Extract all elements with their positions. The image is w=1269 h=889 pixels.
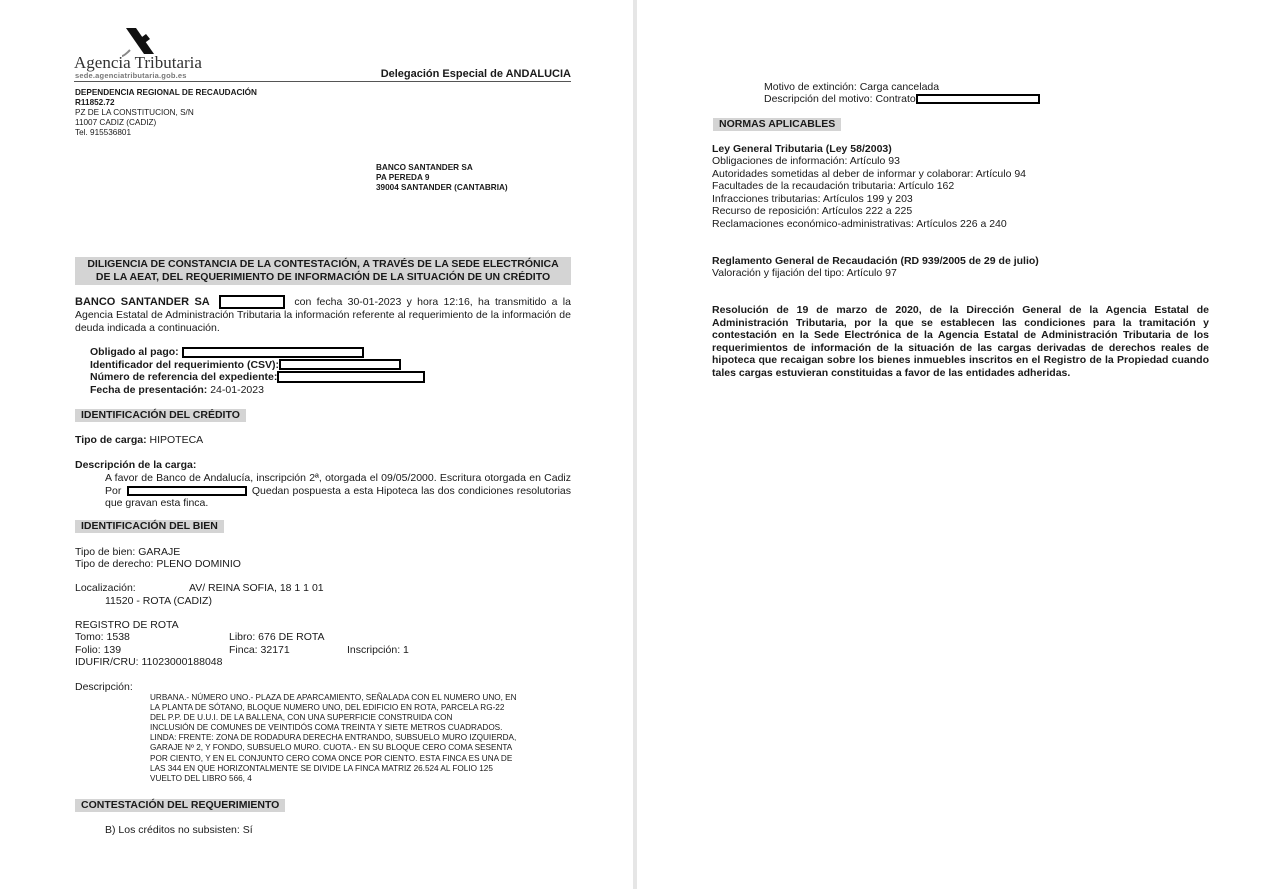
tipo-carga: Tipo de carga: HIPOTECA [75,434,203,447]
recipient-street: PA PEREDA 9 [376,173,508,183]
redacted-box [182,347,364,358]
tipo-bien: Tipo de bien: GARAJE [75,546,180,559]
descripcion-line: GARAJE Nº 2, Y FONDO, SUBSUELO MURO. CUO… [150,743,560,753]
lgt-item: Autoridades sometidas al deber de inform… [712,168,1026,181]
tipo-derecho: Tipo de derecho: PLENO DOMINIO [75,558,241,571]
tipo-carga-value: HIPOTECA [150,434,204,446]
lgt-title: Ley General Tributaria (Ley 58/2003) [712,143,892,156]
section-bien-heading: IDENTIFICACIÓN DEL BIEN [75,520,224,533]
lgt-item: Obligaciones de información: Artículo 93 [712,155,1026,168]
motivo-extincion: Motivo de extinción: Carga cancelada [764,81,939,94]
descripcion-bien-text: URBANA.- NÚMERO UNO.- PLAZA DE APARCAMIE… [150,693,560,784]
descripcion-carga-label: Descripción de la carga: [75,459,196,472]
header-divider [74,81,571,82]
tomo: Tomo: 1538 [75,631,130,644]
title-line-1: DILIGENCIA DE CONSTANCIA DE LA CONTESTAC… [75,258,571,271]
localizacion-label: Localización: [75,582,136,595]
tipo-carga-label: Tipo de carga: [75,434,147,446]
redacted-box [916,94,1040,104]
recipient-city: 39004 SANTANDER (CANTABRIA) [376,183,508,193]
descripcion-line: LA PLANTA DE SÓTANO, BLOQUE NUMERO UNO, … [150,703,560,713]
lgt-list: Obligaciones de información: Artículo 93… [712,155,1026,230]
descripcion-line: DEL P.P. DE U.U.I. DE LA BALLENA, CON UN… [150,713,560,723]
descripcion-motivo: Descripción del motivo: Contrato [764,93,1040,106]
descripcion-motivo-label: Descripción del motivo: Contrato [764,93,916,105]
descripcion-line: URBANA.- NÚMERO UNO.- PLAZA DE APARCAMIE… [150,693,560,703]
section-contestacion-heading: CONTESTACIÓN DEL REQUERIMIENTO [75,799,285,812]
finca: Finca: 32171 [229,644,290,657]
agencia-tributaria-logo: Agencia Tributaria sede.agenciatributari… [74,28,214,80]
inscripcion: Inscripción: 1 [347,644,409,657]
rgr-title: Reglamento General de Recaudación (RD 93… [712,255,1039,268]
lgt-item: Infracciones tributarias: Artículos 199 … [712,193,1026,206]
rgr-item: Valoración y fijación del tipo: Artículo… [712,267,897,280]
fecha-value: 24-01-2023 [210,384,264,396]
document-page-1: Agencia Tributaria sede.agenciatributari… [0,0,633,889]
lgt-item: Recurso de reposición: Artículos 222 a 2… [712,205,1026,218]
sender-street: PZ DE LA CONSTITUCION, S/N [75,108,257,118]
expediente-label: Número de referencia del expediente: [90,371,277,383]
document-title: DILIGENCIA DE CONSTANCIA DE LA CONTESTAC… [75,257,571,285]
logo-name: Agencia Tributaria [74,54,202,71]
section-normas-heading: NORMAS APLICABLES [713,118,841,131]
intro-entity: BANCO SANTANDER SA [75,296,210,308]
sender-code: R11852.72 [75,98,257,108]
recipient-address: BANCO SANTANDER SA PA PEREDA 9 39004 SAN… [376,163,508,193]
fecha-label: Fecha de presentación: [90,384,207,396]
resolucion-paragraph: Resolución de 19 de marzo de 2020, de la… [712,304,1209,379]
descripcion-line: LINDA: FRENTE: ZONA DE RODADURA DERECHA … [150,733,560,743]
descripcion-line: VUELTO DEL LIBRO 566, 4 [150,774,560,784]
redacted-box [279,359,401,370]
localizacion-city: 11520 - ROTA (CADIZ) [105,595,212,608]
obligado-label: Obligado al pago: [90,346,179,358]
contestacion-answer: B) Los créditos no subsisten: Sí [105,824,253,837]
descripcion-line: POR CIENTO, Y EN EL CONJUNTO CERO COMA O… [150,754,560,764]
intro-paragraph: BANCO SANTANDER SA con fecha 30-01-2023 … [75,295,571,334]
redacted-box [127,486,247,496]
libro: Libro: 676 DE ROTA [229,631,325,644]
lgt-item: Reclamaciones económico-administrativas:… [712,218,1026,231]
redacted-box [219,295,285,309]
idufir: IDUFIR/CRU: 11023000188048 [75,656,222,669]
document-page-2: Motivo de extinción: Carga cancelada Des… [637,0,1269,889]
title-line-2: DE LA AEAT, DEL REQUERIMIENTO DE INFORMA… [75,271,571,284]
sender-address: DEPENDENCIA REGIONAL DE RECAUDACIÓN R118… [75,88,257,138]
section-credito-heading: IDENTIFICACIÓN DEL CRÉDITO [75,409,246,422]
redacted-box [277,371,425,383]
recipient-name: BANCO SANTANDER SA [376,163,508,173]
descripcion-line: INCLUSIÓN DE COMUNES DE VEINTIDÓS COMA T… [150,723,560,733]
registro: REGISTRO DE ROTA [75,619,179,632]
request-fields: Obligado al pago: Identificador del requ… [90,346,425,396]
sender-phone: Tel. 915536801 [75,128,257,138]
csv-label: Identificador del requerimiento (CSV): [90,359,279,371]
folio: Folio: 139 [75,644,121,657]
sender-city: 11007 CADIZ (CADIZ) [75,118,257,128]
descripcion-line: LAS 344 EN QUE HORIZONTALMENTE SE DIVIDE… [150,764,560,774]
descripcion-carga-text: A favor de Banco de Andalucía, inscripci… [105,472,571,510]
descripcion-bien-label: Descripción: [75,681,133,694]
logo-url: sede.agenciatributaria.gob.es [75,72,187,80]
sender-department: DEPENDENCIA REGIONAL DE RECAUDACIÓN [75,88,257,98]
lgt-item: Facultades de la recaudación tributaria:… [712,180,1026,193]
localizacion-value: AV/ REINA SOFIA, 18 1 1 01 [189,582,324,595]
delegacion-heading: Delegación Especial de ANDALUCIA [381,68,571,80]
